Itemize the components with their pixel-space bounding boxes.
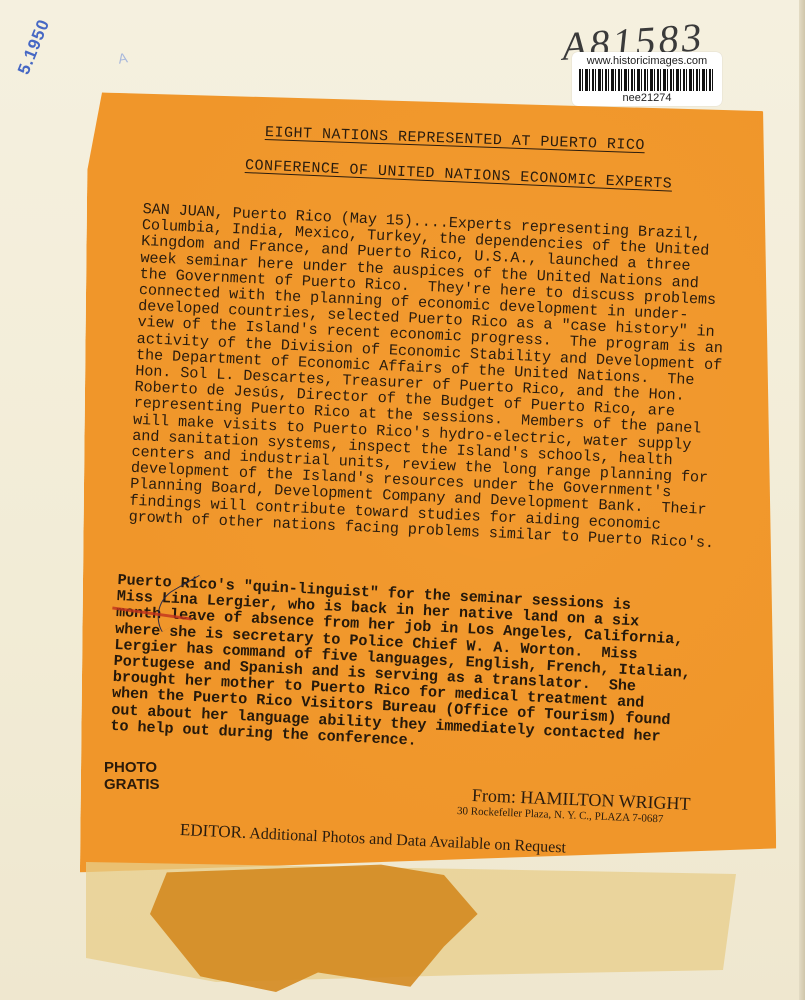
gratis-label: GRATIS: [104, 776, 160, 793]
document-content: EIGHT NATIONS REPRESENTED AT PUERTO RICO…: [0, 0, 805, 1000]
headline-line-1: EIGHT NATIONS REPRESENTED AT PUERTO RICO: [265, 124, 645, 154]
paragraph-main: SAN JUAN, Puerto Rico (May 15)....Expert…: [128, 201, 728, 551]
headline-line-2: CONFERENCE OF UNITED NATIONS ECONOMIC EX…: [245, 157, 673, 193]
photo-label: PHOTO: [104, 759, 160, 776]
editor-note-text: Additional Photos and Data Available on …: [249, 825, 566, 856]
editor-note: EDITOR. Additional Photos and Data Avail…: [180, 820, 567, 858]
editor-label: EDITOR.: [180, 820, 247, 842]
photo-gratis-label: PHOTO GRATIS: [104, 759, 160, 793]
